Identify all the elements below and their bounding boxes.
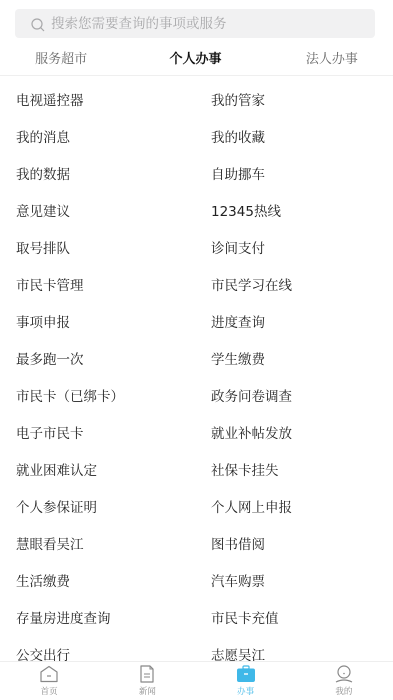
document-icon bbox=[137, 665, 157, 683]
nav-affairs[interactable]: 办事 bbox=[197, 662, 295, 700]
service-item[interactable]: 事项申报 bbox=[0, 311, 195, 331]
service-item[interactable]: 自助挪车 bbox=[195, 163, 393, 183]
home-icon bbox=[39, 665, 59, 683]
service-row: 生活缴费 汽车购票 bbox=[0, 561, 393, 598]
nav-mine-label: 我的 bbox=[335, 685, 352, 697]
service-item[interactable]: 汽车购票 bbox=[195, 570, 393, 590]
search-bar[interactable] bbox=[15, 9, 375, 38]
service-row: 个人参保证明 个人网上申报 bbox=[0, 487, 393, 524]
service-row: 就业困难认定 社保卡挂失 bbox=[0, 450, 393, 487]
service-item[interactable]: 意见建议 bbox=[0, 200, 195, 220]
service-row: 意见建议 12345热线 bbox=[0, 191, 393, 228]
service-row: 市民卡管理 市民学习在线 bbox=[0, 265, 393, 302]
service-item[interactable]: 志愿吴江 bbox=[195, 644, 393, 662]
category-tabs: 服务超市 个人办事 法人办事 bbox=[0, 46, 393, 76]
user-icon bbox=[334, 665, 354, 683]
nav-news-label: 新闻 bbox=[139, 685, 156, 697]
service-item[interactable]: 12345热线 bbox=[195, 200, 393, 220]
service-item[interactable]: 就业困难认定 bbox=[0, 459, 195, 479]
service-row: 公交出行 志愿吴江 bbox=[0, 635, 393, 661]
service-row: 电视遥控器 我的管家 bbox=[0, 80, 393, 117]
service-row: 我的消息 我的收藏 bbox=[0, 117, 393, 154]
tab-corporate-affairs[interactable]: 法人办事 bbox=[257, 46, 393, 75]
service-item[interactable]: 个人网上申报 bbox=[195, 496, 393, 516]
service-item[interactable]: 市民学习在线 bbox=[195, 274, 393, 294]
tab-personal-affairs[interactable]: 个人办事 bbox=[134, 46, 256, 75]
service-item[interactable]: 个人参保证明 bbox=[0, 496, 195, 516]
service-row: 慧眼看吴江 图书借阅 bbox=[0, 524, 393, 561]
service-item[interactable]: 进度查询 bbox=[195, 311, 393, 331]
service-item[interactable]: 政务问卷调查 bbox=[195, 385, 393, 405]
service-item[interactable]: 公交出行 bbox=[0, 644, 195, 662]
nav-home[interactable]: 首页 bbox=[0, 662, 98, 700]
service-item[interactable]: 市民卡管理 bbox=[0, 274, 195, 294]
service-item[interactable]: 图书借阅 bbox=[195, 533, 393, 553]
nav-home-label: 首页 bbox=[41, 685, 58, 697]
service-row: 最多跑一次 学生缴费 bbox=[0, 339, 393, 376]
tab-service-market[interactable]: 服务超市 bbox=[0, 46, 134, 75]
service-item[interactable]: 市民卡充值 bbox=[195, 607, 393, 627]
search-input[interactable] bbox=[51, 16, 351, 32]
status-bar-remnant bbox=[0, 0, 393, 8]
service-item[interactable]: 我的收藏 bbox=[195, 126, 393, 146]
service-item[interactable]: 诊间支付 bbox=[195, 237, 393, 257]
service-item[interactable]: 我的管家 bbox=[195, 89, 393, 109]
service-item[interactable]: 就业补帖发放 bbox=[195, 422, 393, 442]
service-row: 市民卡（已绑卡） 政务问卷调查 bbox=[0, 376, 393, 413]
search-icon bbox=[31, 17, 45, 31]
nav-affairs-label: 办事 bbox=[237, 685, 254, 697]
service-row: 取号排队 诊间支付 bbox=[0, 228, 393, 265]
service-item[interactable]: 取号排队 bbox=[0, 237, 195, 257]
nav-mine[interactable]: 我的 bbox=[295, 662, 393, 700]
service-item[interactable]: 市民卡（已绑卡） bbox=[0, 385, 195, 405]
service-item[interactable]: 学生缴费 bbox=[195, 348, 393, 368]
service-row: 存量房进度查询 市民卡充值 bbox=[0, 598, 393, 635]
briefcase-icon bbox=[236, 665, 256, 683]
service-item[interactable]: 慧眼看吴江 bbox=[0, 533, 195, 553]
service-item[interactable]: 我的数据 bbox=[0, 163, 195, 183]
service-item[interactable]: 生活缴费 bbox=[0, 570, 195, 590]
service-item[interactable]: 我的消息 bbox=[0, 126, 195, 146]
service-row: 电子市民卡 就业补帖发放 bbox=[0, 413, 393, 450]
service-grid: 电视遥控器 我的管家 我的消息 我的收藏 我的数据 自助挪车 意见建议 1234… bbox=[0, 80, 393, 661]
nav-news[interactable]: 新闻 bbox=[98, 662, 196, 700]
service-item[interactable]: 电视遥控器 bbox=[0, 89, 195, 109]
service-item[interactable]: 电子市民卡 bbox=[0, 422, 195, 442]
service-item[interactable]: 最多跑一次 bbox=[0, 348, 195, 368]
service-row: 事项申报 进度查询 bbox=[0, 302, 393, 339]
service-item[interactable]: 存量房进度查询 bbox=[0, 607, 195, 627]
service-item[interactable]: 社保卡挂失 bbox=[195, 459, 393, 479]
service-row: 我的数据 自助挪车 bbox=[0, 154, 393, 191]
bottom-nav: 首页 新闻 办事 我的 bbox=[0, 661, 393, 700]
